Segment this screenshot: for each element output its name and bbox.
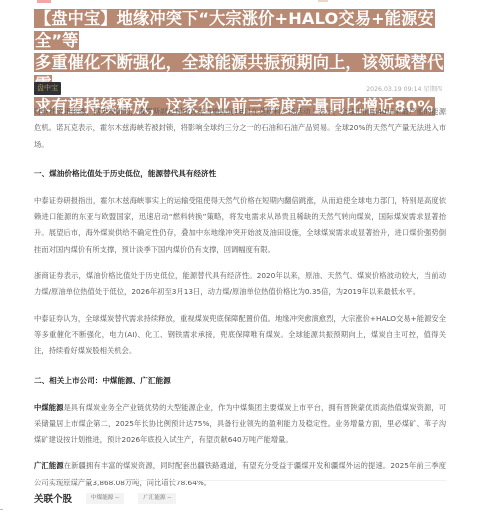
- section-heading-2: 二、相关上市公司：中煤能源、广汇能源: [34, 374, 446, 388]
- paragraph-zhongtai-2: 中泰证券认为，全球煤炭替代需求持续释放，重视煤炭兜底保障配置价值。地缘冲突愈演愈…: [34, 311, 446, 360]
- top-accent-bar: [37, 0, 51, 3]
- article-title: 【盘中宝】地缘冲突下“大宗涨价+HALO交易+能源安全”等 多重催化不断强化，全…: [34, 8, 454, 118]
- stock-chip-guanghui[interactable]: 广汇能源 --: [138, 493, 176, 504]
- top-decoration: [318, 0, 328, 2]
- company-name-zhongmei[interactable]: 中煤能源: [34, 403, 63, 412]
- related-stocks: 关联个股 中煤能源 -- 广汇能源 --: [34, 490, 190, 506]
- paragraph-zhongmei-text: 是具有煤炭业务全产业链优势的大型能源企业，作为中煤集团主要煤炭上市平台，拥有晋陕…: [34, 403, 446, 445]
- title-line-1: 【盘中宝】地缘冲突下“大宗涨价+HALO交易+能源安全”等: [34, 9, 435, 50]
- source-tag[interactable]: 盘中宝: [34, 82, 61, 95]
- publish-timestamp: 2026.03.19 09:14 星期四: [366, 84, 442, 93]
- edge-mark: [0, 509, 3, 510]
- paragraph-guanghui: 广汇能源在新疆拥有丰富的煤炭资源，同时配套出疆铁路通道，有望充分受益于疆煤开发和…: [34, 458, 446, 491]
- related-stocks-label: 关联个股: [34, 491, 72, 505]
- article-body: 财联社资讯获悉，据央视新闻，俄罗斯副总理诺瓦克当地时间18日在莫斯科一场活动上表…: [34, 104, 446, 501]
- paragraph-zhongmei: 中煤能源是具有煤炭业务全产业链优势的大型能源企业，作为中煤集团主要煤炭上市平台，…: [34, 400, 446, 449]
- paragraph-zheshang: 浙商证券表示，煤油价格比值处于历史低位，能源替代具有经济性。2020年以来，原油…: [34, 268, 446, 301]
- divider: [34, 480, 446, 481]
- paragraph-zhongtai-1: 中泰证券研报指出，霍尔木兹海峡事实上的运输受阻使得天然气价格在短期内翻倍跳涨，从…: [34, 193, 446, 258]
- paragraph-guanghui-text: 在新疆拥有丰富的煤炭资源，同时配套出疆铁路通道，有望充分受益于疆煤开发和疆煤外运…: [34, 461, 446, 486]
- company-name-guanghui[interactable]: 广汇能源: [34, 461, 64, 470]
- article-meta: 盘中宝 2026.03.19 09:14 星期四: [34, 82, 442, 96]
- paragraph-intro: 财联社资讯获悉，据央视新闻，俄罗斯副总理诺瓦克当地时间18日在莫斯科一场活动上表…: [34, 104, 446, 153]
- stock-chip-zhongmei[interactable]: 中煤能源 --: [86, 493, 124, 504]
- section-heading-1: 一、煤油价格比值处于历史低位，能源替代具有经济性: [34, 167, 446, 181]
